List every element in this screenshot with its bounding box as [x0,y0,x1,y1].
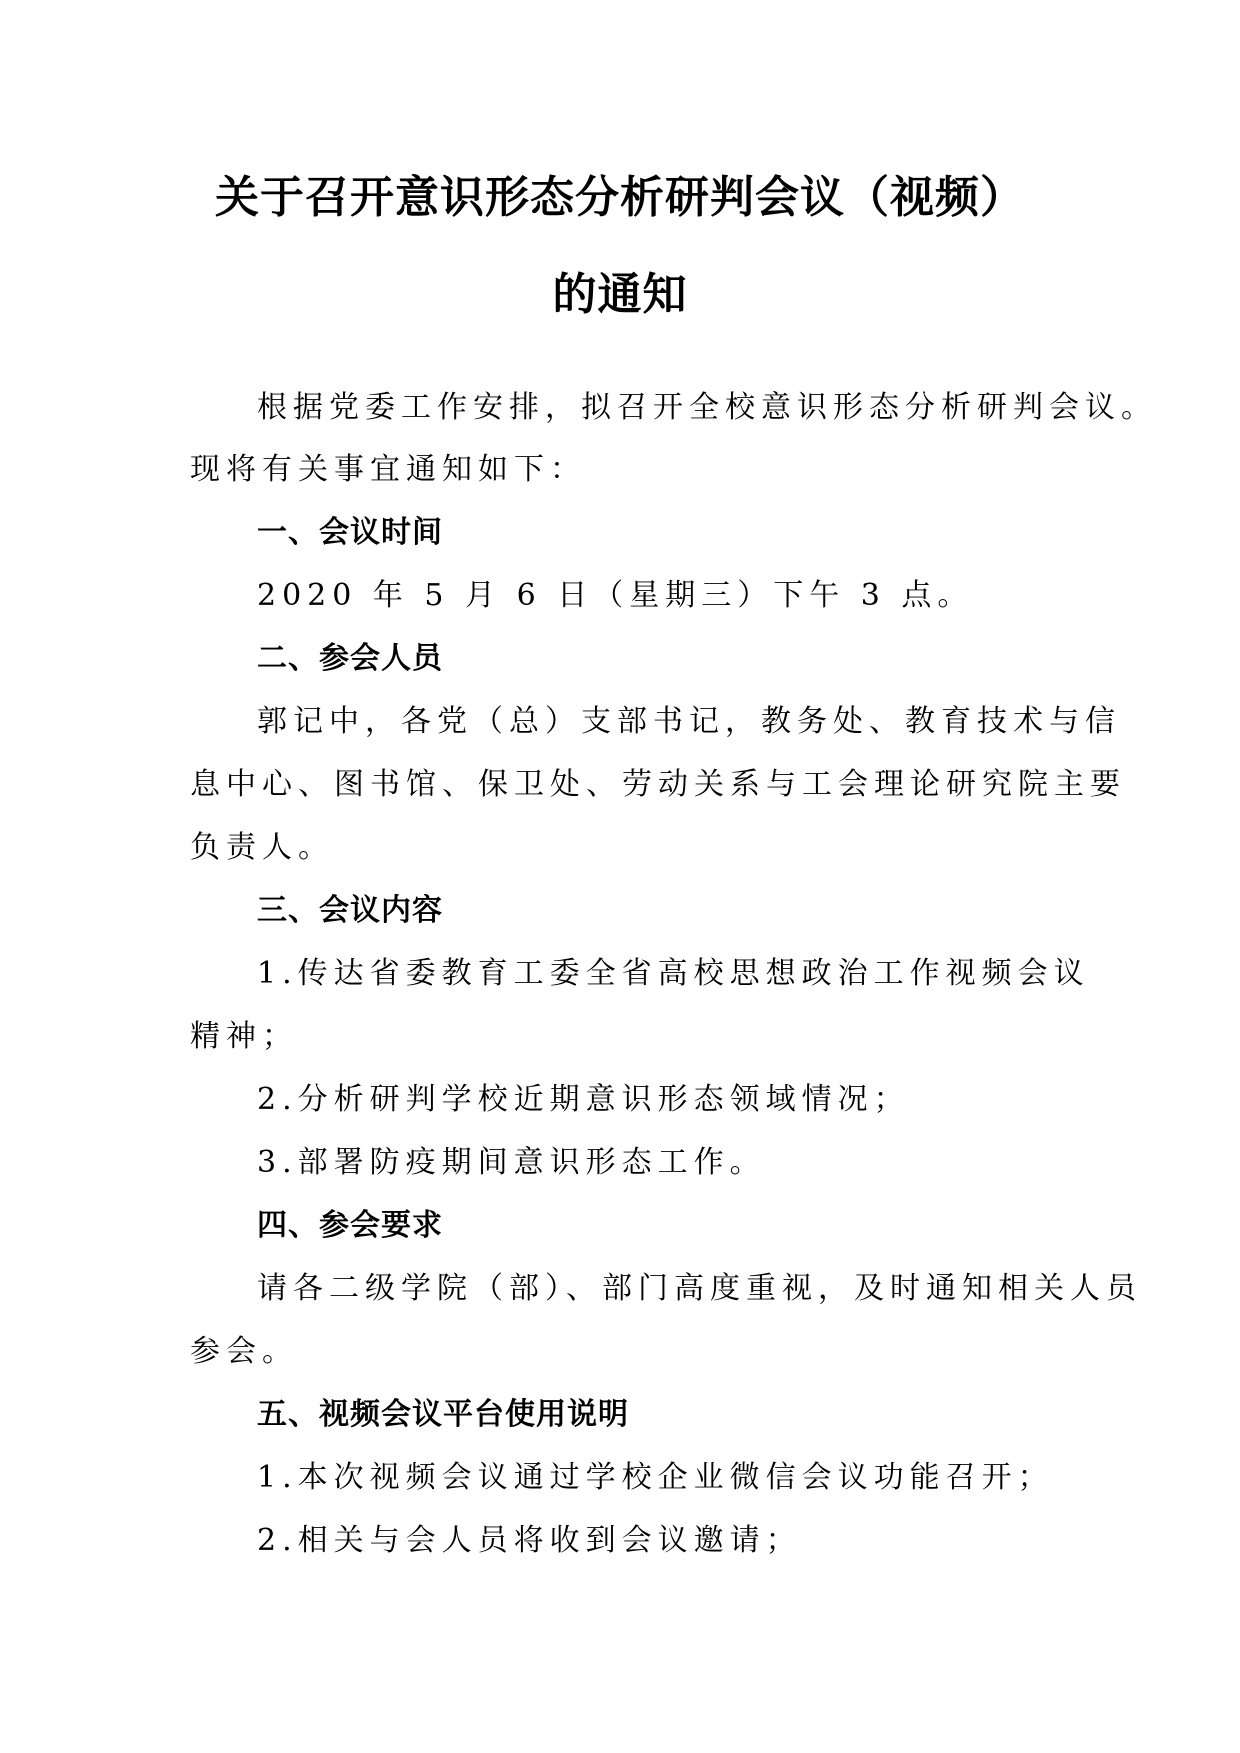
document-title-line-1: 关于召开意识形态分析研判会议（视频） [0,168,1240,228]
section-3-line-4: 3.部署防疫期间意识形态工作。 [257,1143,1157,1183]
section-3-line-1: 1.传达省委教育工委全省高校思想政治工作视频会议 [257,954,1157,994]
section-2-heading: 二、参会人员 [257,639,1157,679]
intro-paragraph-line-1: 根据党委工作安排，拟召开全校意识形态分析研判会议。 [257,388,1157,428]
intro-paragraph-line-2: 现将有关事宜通知如下： [190,450,1090,490]
document-title-line-2: 的通知 [0,265,1240,325]
section-1-line-1: 2020 年 5 月 6 日（星期三）下午 3 点。 [257,576,1157,616]
section-3-heading: 三、会议内容 [257,891,1157,931]
document-page: 关于召开意识形态分析研判会议（视频） 的通知 根据党委工作安排，拟召开全校意识形… [0,0,1240,1753]
section-1-heading: 一、会议时间 [257,513,1157,553]
section-4-line-1: 请各二级学院（部）、部门高度重视，及时通知相关人员 [257,1269,1157,1309]
section-4-heading: 四、参会要求 [257,1206,1157,1246]
section-5-line-2: 2.相关与会人员将收到会议邀请； [257,1521,1157,1561]
section-5-heading: 五、视频会议平台使用说明 [257,1395,1157,1435]
section-5-line-1: 1.本次视频会议通过学校企业微信会议功能召开； [257,1458,1157,1498]
section-2-line-2: 息中心、图书馆、保卫处、劳动关系与工会理论研究院主要 [190,765,1090,805]
section-2-line-3: 负责人。 [190,828,1090,868]
section-2-line-1: 郭记中，各党（总）支部书记，教务处、教育技术与信 [257,702,1157,742]
section-4-line-2: 参会。 [190,1332,1090,1372]
section-3-line-2: 精神； [190,1017,1090,1057]
section-3-line-3: 2.分析研判学校近期意识形态领域情况； [257,1080,1157,1120]
